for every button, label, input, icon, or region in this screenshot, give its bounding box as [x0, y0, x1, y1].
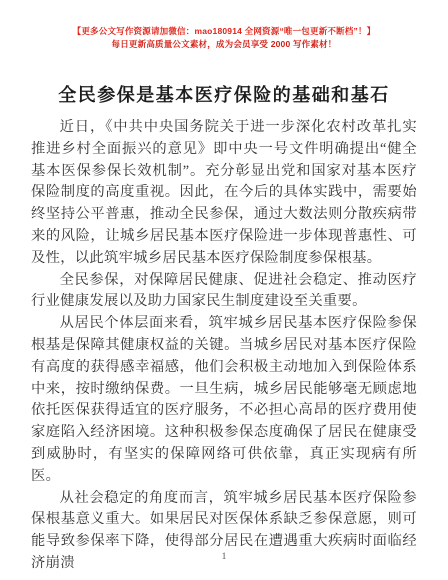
document-body: 近日，《中共中央国务院关于进一步深化农村改革扎实推进乡村全面振兴的意见》即中央一… [31, 117, 417, 575]
ad-banner-line-1: 【更多公文写作资源请加微信：mao180914 全网资源“唯一包更新不断档”！】 [0, 25, 448, 38]
page-number: 1 [222, 552, 227, 562]
paragraph-2: 全民参保，对保障居民健康、促进社会稳定、推动医疗行业健康发展以及助力国家民生制度… [31, 270, 417, 314]
ad-banner: 【更多公文写作资源请加微信：mao180914 全网资源“唯一包更新不断档”！】… [0, 0, 448, 51]
paragraph-3: 从居民个体层面来看，筑牢城乡居民基本医疗保险参保根基是保障其健康权益的关键。当城… [31, 313, 417, 487]
paragraph-1: 近日，《中共中央国务院关于进一步深化农村改革扎实推进乡村全面振兴的意见》即中央一… [31, 117, 417, 270]
document-title: 全民参保是基本医疗保险的基础和基石 [30, 81, 418, 107]
page-footer: 1 [0, 552, 448, 562]
document-page: 【更多公文写作资源请加微信：mao180914 全网资源“唯一包更新不断档”！】… [0, 0, 448, 580]
ad-banner-line-2: 每日更新高质量公文素材，成为会员享受 2000 写作素材！ [0, 38, 448, 51]
